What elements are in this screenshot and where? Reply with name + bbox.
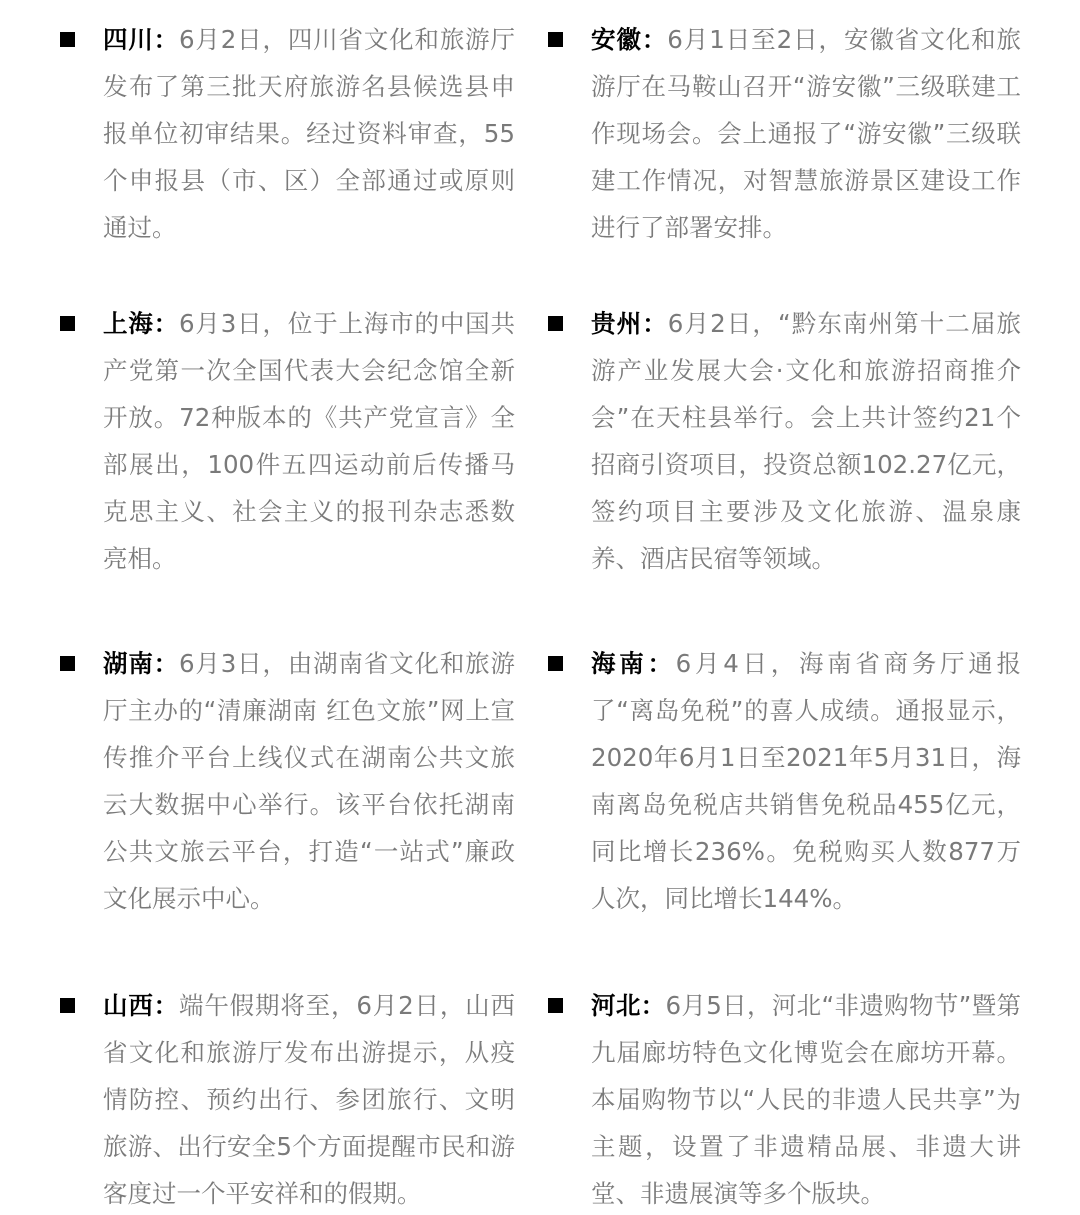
news-text: 河北：6月5日，河北“非遗购物节”暨第九届廊坊特色文化博览会在廊坊开幕。本届购物… [591,982,1021,1215]
square-bullet-icon [60,998,75,1013]
news-text: 湖南：6月3日，由湖南省文化和旅游厅主办的“清廉湖南 红色文旅”网上宣传推介平台… [103,640,515,922]
square-bullet-icon [60,656,75,671]
news-item-sichuan: 四川：6月2日，四川省文化和旅游厅发布了第三批天府旅游名县候选县申报单位初审结果… [103,16,515,251]
news-item-guizhou: 贵州：6月2日，“黔东南州第十二届旅游产业发展大会·文化和旅游招商推介会”在天柱… [591,300,1021,582]
region-title: 海南： [591,649,676,678]
square-bullet-icon [548,316,563,331]
news-item-hunan: 湖南：6月3日，由湖南省文化和旅游厅主办的“清廉湖南 红色文旅”网上宣传推介平台… [103,640,515,922]
region-title: 四川： [103,25,179,54]
news-text: 海南：6月4日，海南省商务厅通报了“离岛免税”的喜人成绩。通报显示，2020年6… [591,640,1021,922]
news-text: 贵州：6月2日，“黔东南州第十二届旅游产业发展大会·文化和旅游招商推介会”在天柱… [591,300,1021,582]
news-item-hebei: 河北：6月5日，河北“非遗购物节”暨第九届廊坊特色文化博览会在廊坊开幕。本届购物… [591,982,1021,1215]
news-body: 端午假期将至，6月2日，山西省文化和旅游厅发布出游提示，从疫情防控、预约出行、参… [103,991,515,1208]
news-body: 6月3日，由湖南省文化和旅游厅主办的“清廉湖南 红色文旅”网上宣传推介平台上线仪… [103,649,515,913]
news-item-anhui: 安徽：6月1日至2日，安徽省文化和旅游厅在马鞍山召开“游安徽”三级联建工作现场会… [591,16,1021,251]
region-title: 贵州： [591,309,668,338]
news-text: 四川：6月2日，四川省文化和旅游厅发布了第三批天府旅游名县候选县申报单位初审结果… [103,16,515,251]
region-title: 湖南： [103,649,179,678]
square-bullet-icon [60,316,75,331]
news-item-shanxi: 山西：端午假期将至，6月2日，山西省文化和旅游厅发布出游提示，从疫情防控、预约出… [103,982,515,1215]
news-item-shanghai: 上海：6月3日，位于上海市的中国共产党第一次全国代表大会纪念馆全新开放。72种版… [103,300,515,582]
region-title: 河北： [591,991,666,1020]
news-body: 6月5日，河北“非遗购物节”暨第九届廊坊特色文化博览会在廊坊开幕。本届购物节以“… [591,991,1021,1208]
news-body: 6月3日，位于上海市的中国共产党第一次全国代表大会纪念馆全新开放。72种版本的《… [103,309,515,573]
region-title: 上海： [103,309,179,338]
news-text: 上海：6月3日，位于上海市的中国共产党第一次全国代表大会纪念馆全新开放。72种版… [103,300,515,582]
region-title: 山西： [103,991,179,1020]
region-title: 安徽： [591,25,667,54]
news-body: 6月2日，四川省文化和旅游厅发布了第三批天府旅游名县候选县申报单位初审结果。经过… [103,25,515,242]
news-body: 6月2日，“黔东南州第十二届旅游产业发展大会·文化和旅游招商推介会”在天柱县举行… [591,309,1021,573]
square-bullet-icon [548,32,563,47]
news-text: 山西：端午假期将至，6月2日，山西省文化和旅游厅发布出游提示，从疫情防控、预约出… [103,982,515,1215]
square-bullet-icon [548,998,563,1013]
news-body: 6月4日，海南省商务厅通报了“离岛免税”的喜人成绩。通报显示，2020年6月1日… [591,649,1021,913]
news-text: 安徽：6月1日至2日，安徽省文化和旅游厅在马鞍山召开“游安徽”三级联建工作现场会… [591,16,1021,251]
news-item-hainan: 海南：6月4日，海南省商务厅通报了“离岛免税”的喜人成绩。通报显示，2020年6… [591,640,1021,922]
news-body: 6月1日至2日，安徽省文化和旅游厅在马鞍山召开“游安徽”三级联建工作现场会。会上… [591,25,1021,242]
square-bullet-icon [548,656,563,671]
square-bullet-icon [60,32,75,47]
